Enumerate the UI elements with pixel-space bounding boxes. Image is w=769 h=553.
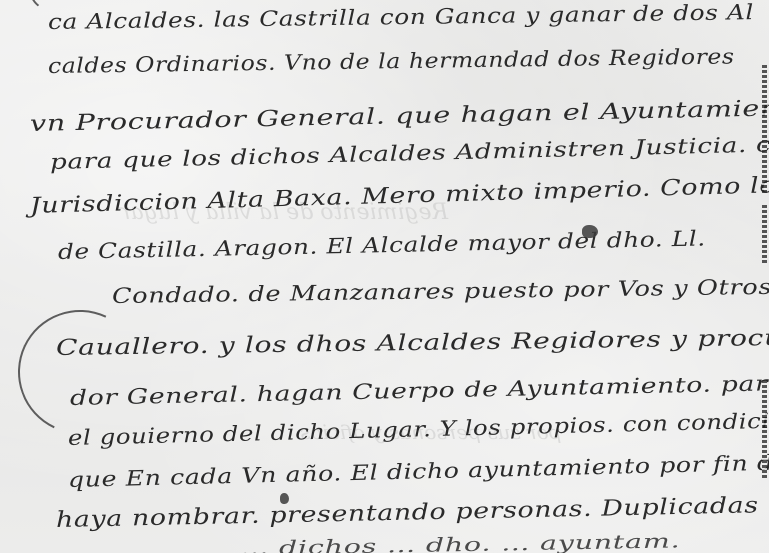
manuscript-line-7: Condado. de Manzanares puesto por Vos y … [112, 275, 769, 308]
ink-blot [280, 493, 289, 504]
archival-stamp [762, 205, 767, 265]
manuscript-line-6: de Castilla. Aragon. El Alcalde mayor de… [58, 226, 706, 264]
manuscript-line-11: que En cada Vn año. El dicho ayuntamient… [68, 450, 769, 492]
manuscript-line-2: caldes Ordinarios. Vno de la hermandad d… [48, 44, 735, 78]
manuscript-line-12: haya nombrar. presentando personas. Dupl… [56, 493, 759, 533]
manuscript-page: Regimiento de la villa y lugar por sus p… [0, 0, 769, 553]
archival-stamp [762, 380, 767, 480]
manuscript-line-4: para que los dichos Alcaldes Administren… [50, 132, 769, 174]
manuscript-line-8: Cauallero. y los dhos Alcaldes Regidores… [56, 325, 769, 361]
archival-stamp [762, 65, 767, 195]
ink-blot [582, 225, 598, 238]
manuscript-line-1: ca Alcaldes. las Castrilla con Ganca y g… [48, 0, 754, 34]
manuscript-line-13: … dichos … dho. … ayuntam. [240, 530, 681, 553]
manuscript-line-3: vn Procurador General. que hagan el Ayun… [30, 95, 769, 137]
manuscript-line-9: dor General. hagan Cuerpo de Ayuntamient… [70, 371, 769, 410]
